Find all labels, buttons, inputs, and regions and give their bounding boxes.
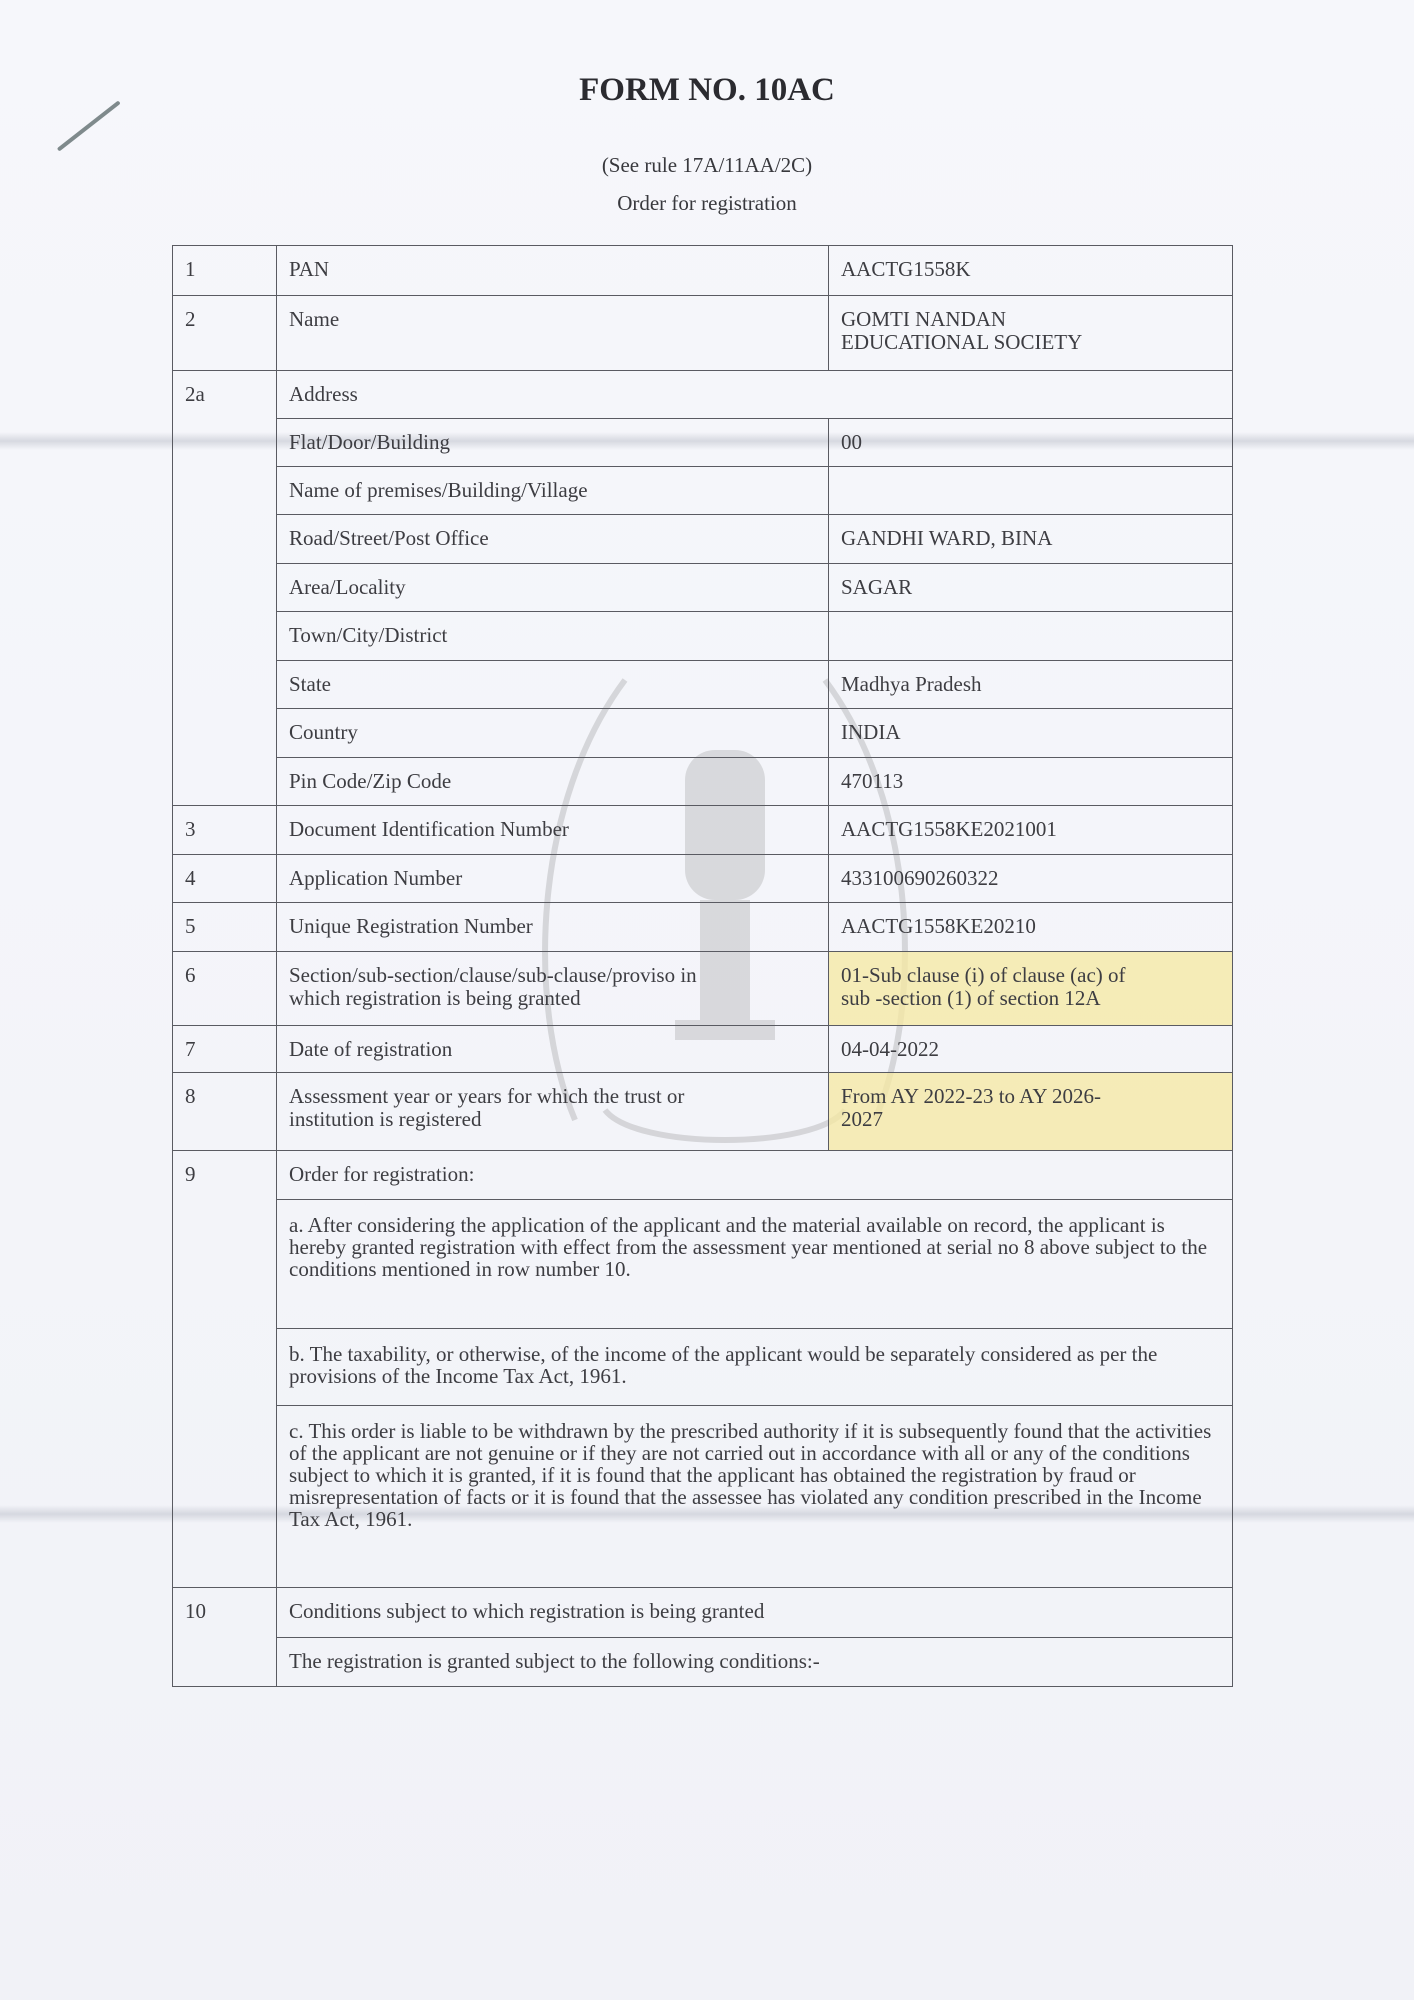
flat-value: 00	[841, 419, 1220, 454]
table-row-name: 2 Name GOMTI NANDAN EDUCATIONAL SOCIETY	[173, 296, 1233, 371]
table-row-order-para-b: b. The taxability, or otherwise, of the …	[173, 1329, 1233, 1406]
order-paragraph-b: b. The taxability, or otherwise, of the …	[289, 1329, 1220, 1393]
field-label-line2: which registration is being granted	[289, 987, 816, 1010]
row-number: 10	[185, 1588, 264, 1623]
country-value: INDIA	[841, 709, 1220, 744]
field-label: PAN	[289, 246, 816, 281]
table-row-date: 7 Date of registration 04-04-2022	[173, 1026, 1233, 1073]
field-label: Area/Locality	[289, 564, 816, 599]
field-label: Town/City/District	[289, 612, 816, 647]
state-value: Madhya Pradesh	[841, 661, 1220, 696]
table-row-country: Country INDIA	[173, 709, 1233, 758]
registration-date-value: 04-04-2022	[841, 1026, 1220, 1061]
row-number: 2a	[185, 371, 264, 406]
section-value-line2: sub -section (1) of section 12A	[841, 987, 1220, 1010]
highlighted-cell: From AY 2022-23 to AY 2026- 2027	[829, 1073, 1233, 1151]
name-value-line2: EDUCATIONAL SOCIETY	[841, 331, 1220, 354]
table-row-flat: Flat/Door/Building 00	[173, 419, 1233, 467]
table-row-assessment-years: 8 Assessment year or years for which the…	[173, 1073, 1233, 1151]
table-row-conditions-intro: The registration is granted subject to t…	[173, 1638, 1233, 1687]
field-label: Unique Registration Number	[289, 903, 816, 938]
highlighted-cell: 01-Sub clause (i) of clause (ac) of sub …	[829, 952, 1233, 1026]
premises-value	[841, 467, 1220, 479]
field-label: Conditions subject to which registration…	[289, 1588, 1220, 1623]
row-number: 2	[185, 296, 264, 331]
pin-value: 470113	[841, 758, 1220, 793]
order-paragraph-a: a. After considering the application of …	[289, 1200, 1220, 1286]
rule-reference: (See rule 17A/11AA/2C)	[0, 153, 1414, 178]
road-value: GANDHI WARD, BINA	[841, 515, 1220, 550]
table-row-application-number: 4 Application Number 433100690260322	[173, 855, 1233, 903]
field-label: Document Identification Number	[289, 806, 816, 841]
field-label: Application Number	[289, 855, 816, 890]
table-row-premises: Name of premises/Building/Village	[173, 467, 1233, 515]
table-row-pin: Pin Code/Zip Code 470113	[173, 758, 1233, 806]
table-row-conditions: 10 Conditions subject to which registrat…	[173, 1588, 1233, 1638]
pan-value: AACTG1558K	[841, 246, 1220, 281]
table-row-order-para-c: c. This order is liable to be withdrawn …	[173, 1406, 1233, 1588]
order-paragraph-c: c. This order is liable to be withdrawn …	[289, 1406, 1220, 1536]
row-number: 9	[185, 1151, 264, 1186]
table-row-road: Road/Street/Post Office GANDHI WARD, BIN…	[173, 515, 1233, 564]
field-label: Pin Code/Zip Code	[289, 758, 816, 793]
field-label: Country	[289, 709, 816, 744]
field-label: Flat/Door/Building	[289, 419, 816, 454]
field-label: State	[289, 661, 816, 696]
table-row-pan: 1 PAN AACTG1558K	[173, 246, 1233, 296]
field-label: Order for registration:	[289, 1151, 1220, 1186]
row-number: 8	[185, 1073, 264, 1108]
table-row-order: 9 Order for registration:	[173, 1151, 1233, 1200]
assessment-years-value-line2: 2027	[841, 1108, 1220, 1131]
field-label-line2: institution is registered	[289, 1108, 816, 1131]
form-title: FORM NO. 10AC	[0, 72, 1414, 109]
form-subtitle: Order for registration	[0, 191, 1414, 216]
section-value-line1: 01-Sub clause (i) of clause (ac) of	[841, 964, 1220, 987]
field-label: Name	[289, 296, 816, 331]
row-number: 7	[185, 1026, 264, 1061]
name-value-line1: GOMTI NANDAN	[841, 308, 1220, 331]
application-number-value: 433100690260322	[841, 855, 1220, 890]
area-value: SAGAR	[841, 564, 1220, 599]
row-number: 6	[185, 952, 264, 987]
table-row-area: Area/Locality SAGAR	[173, 564, 1233, 612]
field-label: Date of registration	[289, 1026, 816, 1061]
table-row-urn: 5 Unique Registration Number AACTG1558KE…	[173, 903, 1233, 952]
registration-order-table: 1 PAN AACTG1558K 2 Name GOMTI NANDAN EDU…	[172, 245, 1233, 1687]
row-number: 4	[185, 855, 264, 890]
field-label: Address	[289, 371, 1220, 406]
field-label: Name of premises/Building/Village	[289, 467, 816, 502]
field-label-line1: Section/sub-section/clause/sub-clause/pr…	[289, 964, 816, 987]
conditions-intro: The registration is granted subject to t…	[289, 1638, 1220, 1673]
din-value: AACTG1558KE2021001	[841, 806, 1220, 841]
row-number: 5	[185, 903, 264, 938]
field-label: Road/Street/Post Office	[289, 515, 816, 550]
urn-value: AACTG1558KE20210	[841, 903, 1220, 938]
assessment-years-value-line1: From AY 2022-23 to AY 2026-	[841, 1085, 1220, 1108]
town-value	[841, 612, 1220, 624]
table-row-order-para-a: a. After considering the application of …	[173, 1200, 1233, 1329]
table-row-din: 3 Document Identification Number AACTG15…	[173, 806, 1233, 855]
table-row-section: 6 Section/sub-section/clause/sub-clause/…	[173, 952, 1233, 1026]
row-number: 3	[185, 806, 264, 841]
field-label-line1: Assessment year or years for which the t…	[289, 1085, 816, 1108]
table-row-town: Town/City/District	[173, 612, 1233, 661]
table-row-state: State Madhya Pradesh	[173, 661, 1233, 709]
table-row-address: 2a Address	[173, 371, 1233, 419]
row-number: 1	[185, 246, 264, 281]
